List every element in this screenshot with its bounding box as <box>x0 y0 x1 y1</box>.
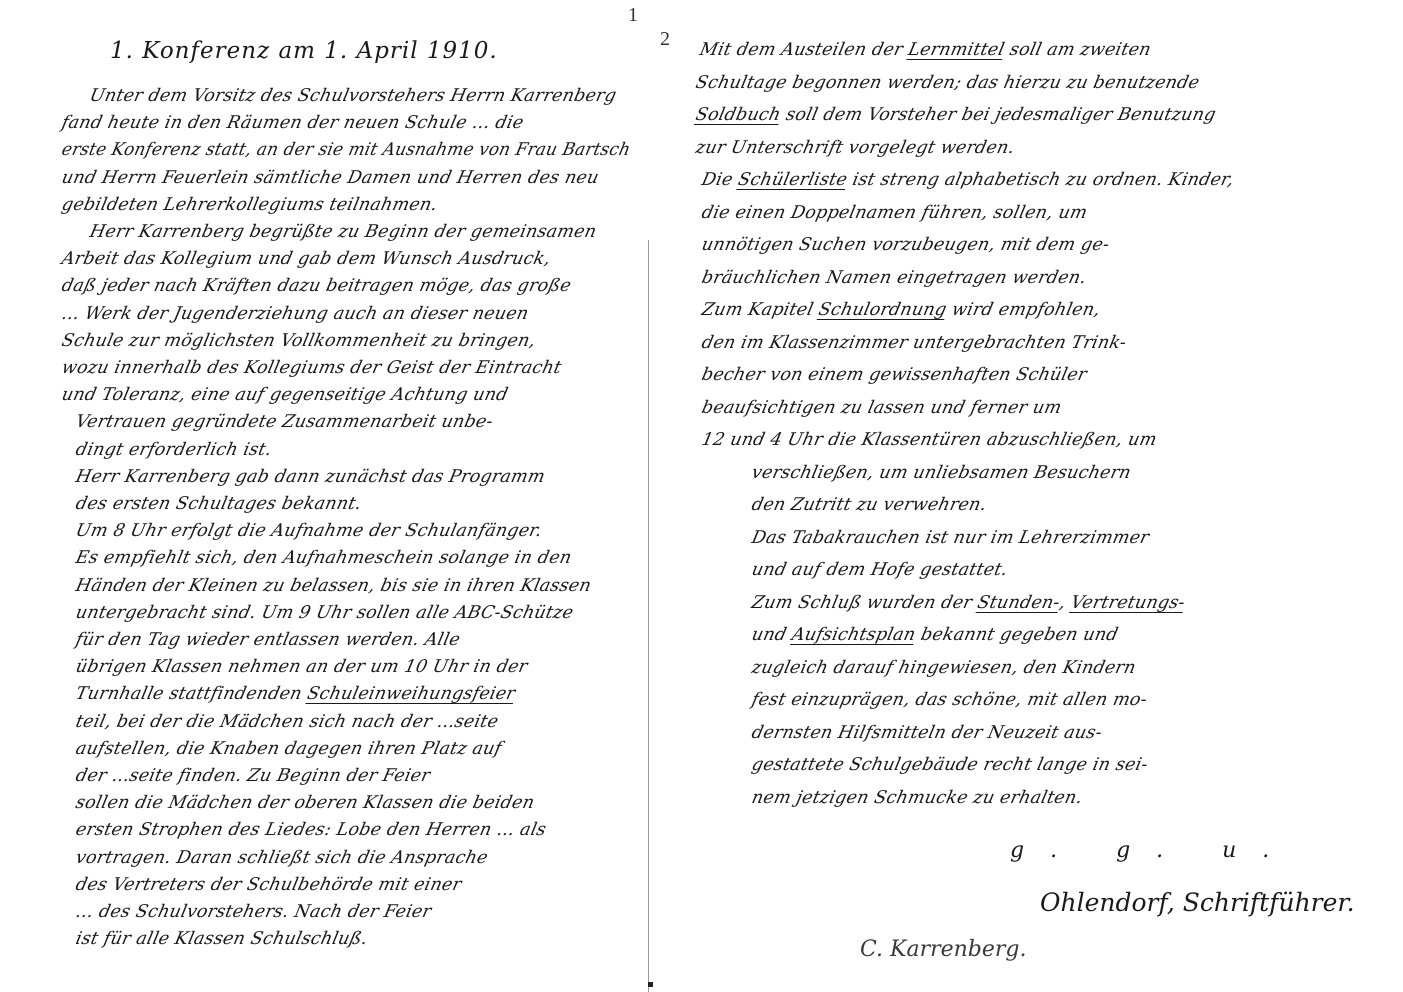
text-line: Arbeit das Kollegium und gab dem Wunsch … <box>60 249 552 269</box>
text-line: Unter dem Vorsitz des Schulvorstehers He… <box>88 86 618 106</box>
text-line: den im Klassenzimmer untergebrachten Tri… <box>700 333 1128 353</box>
text-line: Vertrauen gegründete Zusammenarbeit unbe… <box>74 412 495 432</box>
secretary-signature: Ohlendorf, Schriftführer. <box>1040 888 1355 917</box>
text-line: und Aufsichtsplan bekannt gegeben und <box>750 625 1120 645</box>
text-line: des Vertreters der Schulbehörde mit eine… <box>74 875 463 895</box>
text-line: dingt erforderlich ist. <box>74 440 274 460</box>
text-line: Schule zur möglichsten Vollkommenheit zu… <box>60 331 538 351</box>
text-line: vortragen. Daran schließt sich die Anspr… <box>74 848 490 868</box>
text-line: Soldbuch soll dem Vorsteher bei jedesmal… <box>694 105 1218 125</box>
text-line: becher von einem gewissenhaften Schüler <box>700 365 1089 385</box>
text-line: Um 8 Uhr erfolgt die Aufnahme der Schula… <box>74 521 544 541</box>
text-line: Es empfiehlt sich, den Aufnahmeschein so… <box>74 548 574 568</box>
text-line: 12 und 4 Uhr die Klassentüren abzuschlie… <box>700 430 1159 450</box>
page-divider-mark <box>648 982 653 987</box>
text-line: ... des Schulvorstehers. Nach der Feier <box>74 902 433 922</box>
text-line: Das Tabakrauchen ist nur im Lehrerzimmer <box>750 528 1151 548</box>
text-line: wozu innerhalb des Kollegiums der Geist … <box>60 358 563 378</box>
text-line: den Zutritt zu verwehren. <box>750 495 989 515</box>
text-line: teil, bei der die Mädchen sich nach der … <box>74 712 500 732</box>
text-line: dernsten Hilfsmitteln der Neuzeit aus- <box>750 723 1104 743</box>
text-line: erste Konferenz statt, an der sie mit Au… <box>60 140 632 160</box>
document-title: 1. Konferenz am 1. April 1910. <box>110 38 498 64</box>
text-line: zugleich darauf hingewiesen, den Kindern <box>750 658 1138 678</box>
page-divider <box>648 240 649 992</box>
text-line: beaufsichtigen zu lassen und ferner um <box>700 398 1063 418</box>
text-line: für den Tag wieder entlassen werden. All… <box>74 630 462 650</box>
text-line: ... Werk der Jugenderziehung auch an die… <box>60 304 531 324</box>
text-line: sollen die Mädchen der oberen Klassen di… <box>74 793 536 813</box>
text-line: Händen der Kleinen zu belassen, bis sie … <box>74 576 593 596</box>
left-page: 1. Konferenz am 1. April 1910. Unter dem… <box>0 0 648 992</box>
text-line: bräuchlichen Namen eingetragen werden. <box>700 268 1088 288</box>
text-line: fest einzuprägen, das schöne, mit allen … <box>750 690 1149 710</box>
text-line: und Toleranz, eine auf gegenseitige Acht… <box>60 385 510 405</box>
text-line: gestattete Schulgebäude recht lange in s… <box>750 755 1150 775</box>
text-line: Zum Schluß wurden der Stunden-, Vertretu… <box>750 593 1187 613</box>
closing-abbreviation: g. g. u. <box>1010 838 1295 863</box>
chair-signature: C. Karrenberg. <box>860 937 1027 962</box>
text-line: übrigen Klassen nehmen an der um 10 Uhr … <box>74 657 530 677</box>
text-line: ist für alle Klassen Schulschluß. <box>74 929 370 949</box>
text-line: Herr Karrenberg begrüßte zu Beginn der g… <box>88 222 598 242</box>
text-line: gebildeten Lehrerkollegiums teilnahmen. <box>60 195 439 215</box>
text-line: Turnhalle stattfindenden Schuleinweihung… <box>74 684 517 704</box>
text-line: Zum Kapitel Schulordnung wird empfohlen, <box>700 300 1102 320</box>
text-line: aufstellen, die Knaben dagegen ihren Pla… <box>74 739 504 759</box>
text-line: und auf dem Hofe gestattet. <box>750 560 1010 580</box>
text-line: unnötigen Suchen vorzubeugen, mit dem ge… <box>700 235 1111 255</box>
text-line: verschließen, um unliebsamen Besuchern <box>750 463 1133 483</box>
text-line: zur Unterschrift vorgelegt werden. <box>694 138 1017 158</box>
text-line: und Herrn Feuerlein sämtliche Damen und … <box>60 168 601 188</box>
text-line: nem jetzigen Schmucke zu erhalten. <box>750 788 1084 808</box>
text-line: ersten Strophen des Liedes: Lobe den Her… <box>74 820 548 840</box>
text-line: Mit dem Austeilen der Lernmittel soll am… <box>698 40 1153 60</box>
text-line: die einen Doppelnamen führen, sollen, um <box>700 203 1089 223</box>
text-line: der ...seite finden. Zu Beginn der Feier <box>74 766 432 786</box>
text-line: Schultage begonnen werden; das hierzu zu… <box>694 73 1201 93</box>
text-line: fand heute in den Räumen der neuen Schul… <box>60 113 526 133</box>
text-line: daß jeder nach Kräften dazu beitragen mö… <box>60 276 573 296</box>
text-line: untergebracht sind. Um 9 Uhr sollen alle… <box>74 603 575 623</box>
text-line: Die Schülerliste ist streng alphabetisch… <box>700 170 1236 190</box>
text-line: des ersten Schultages bekannt. <box>74 494 364 514</box>
text-line: Herr Karrenberg gab dann zunächst das Pr… <box>74 467 547 487</box>
